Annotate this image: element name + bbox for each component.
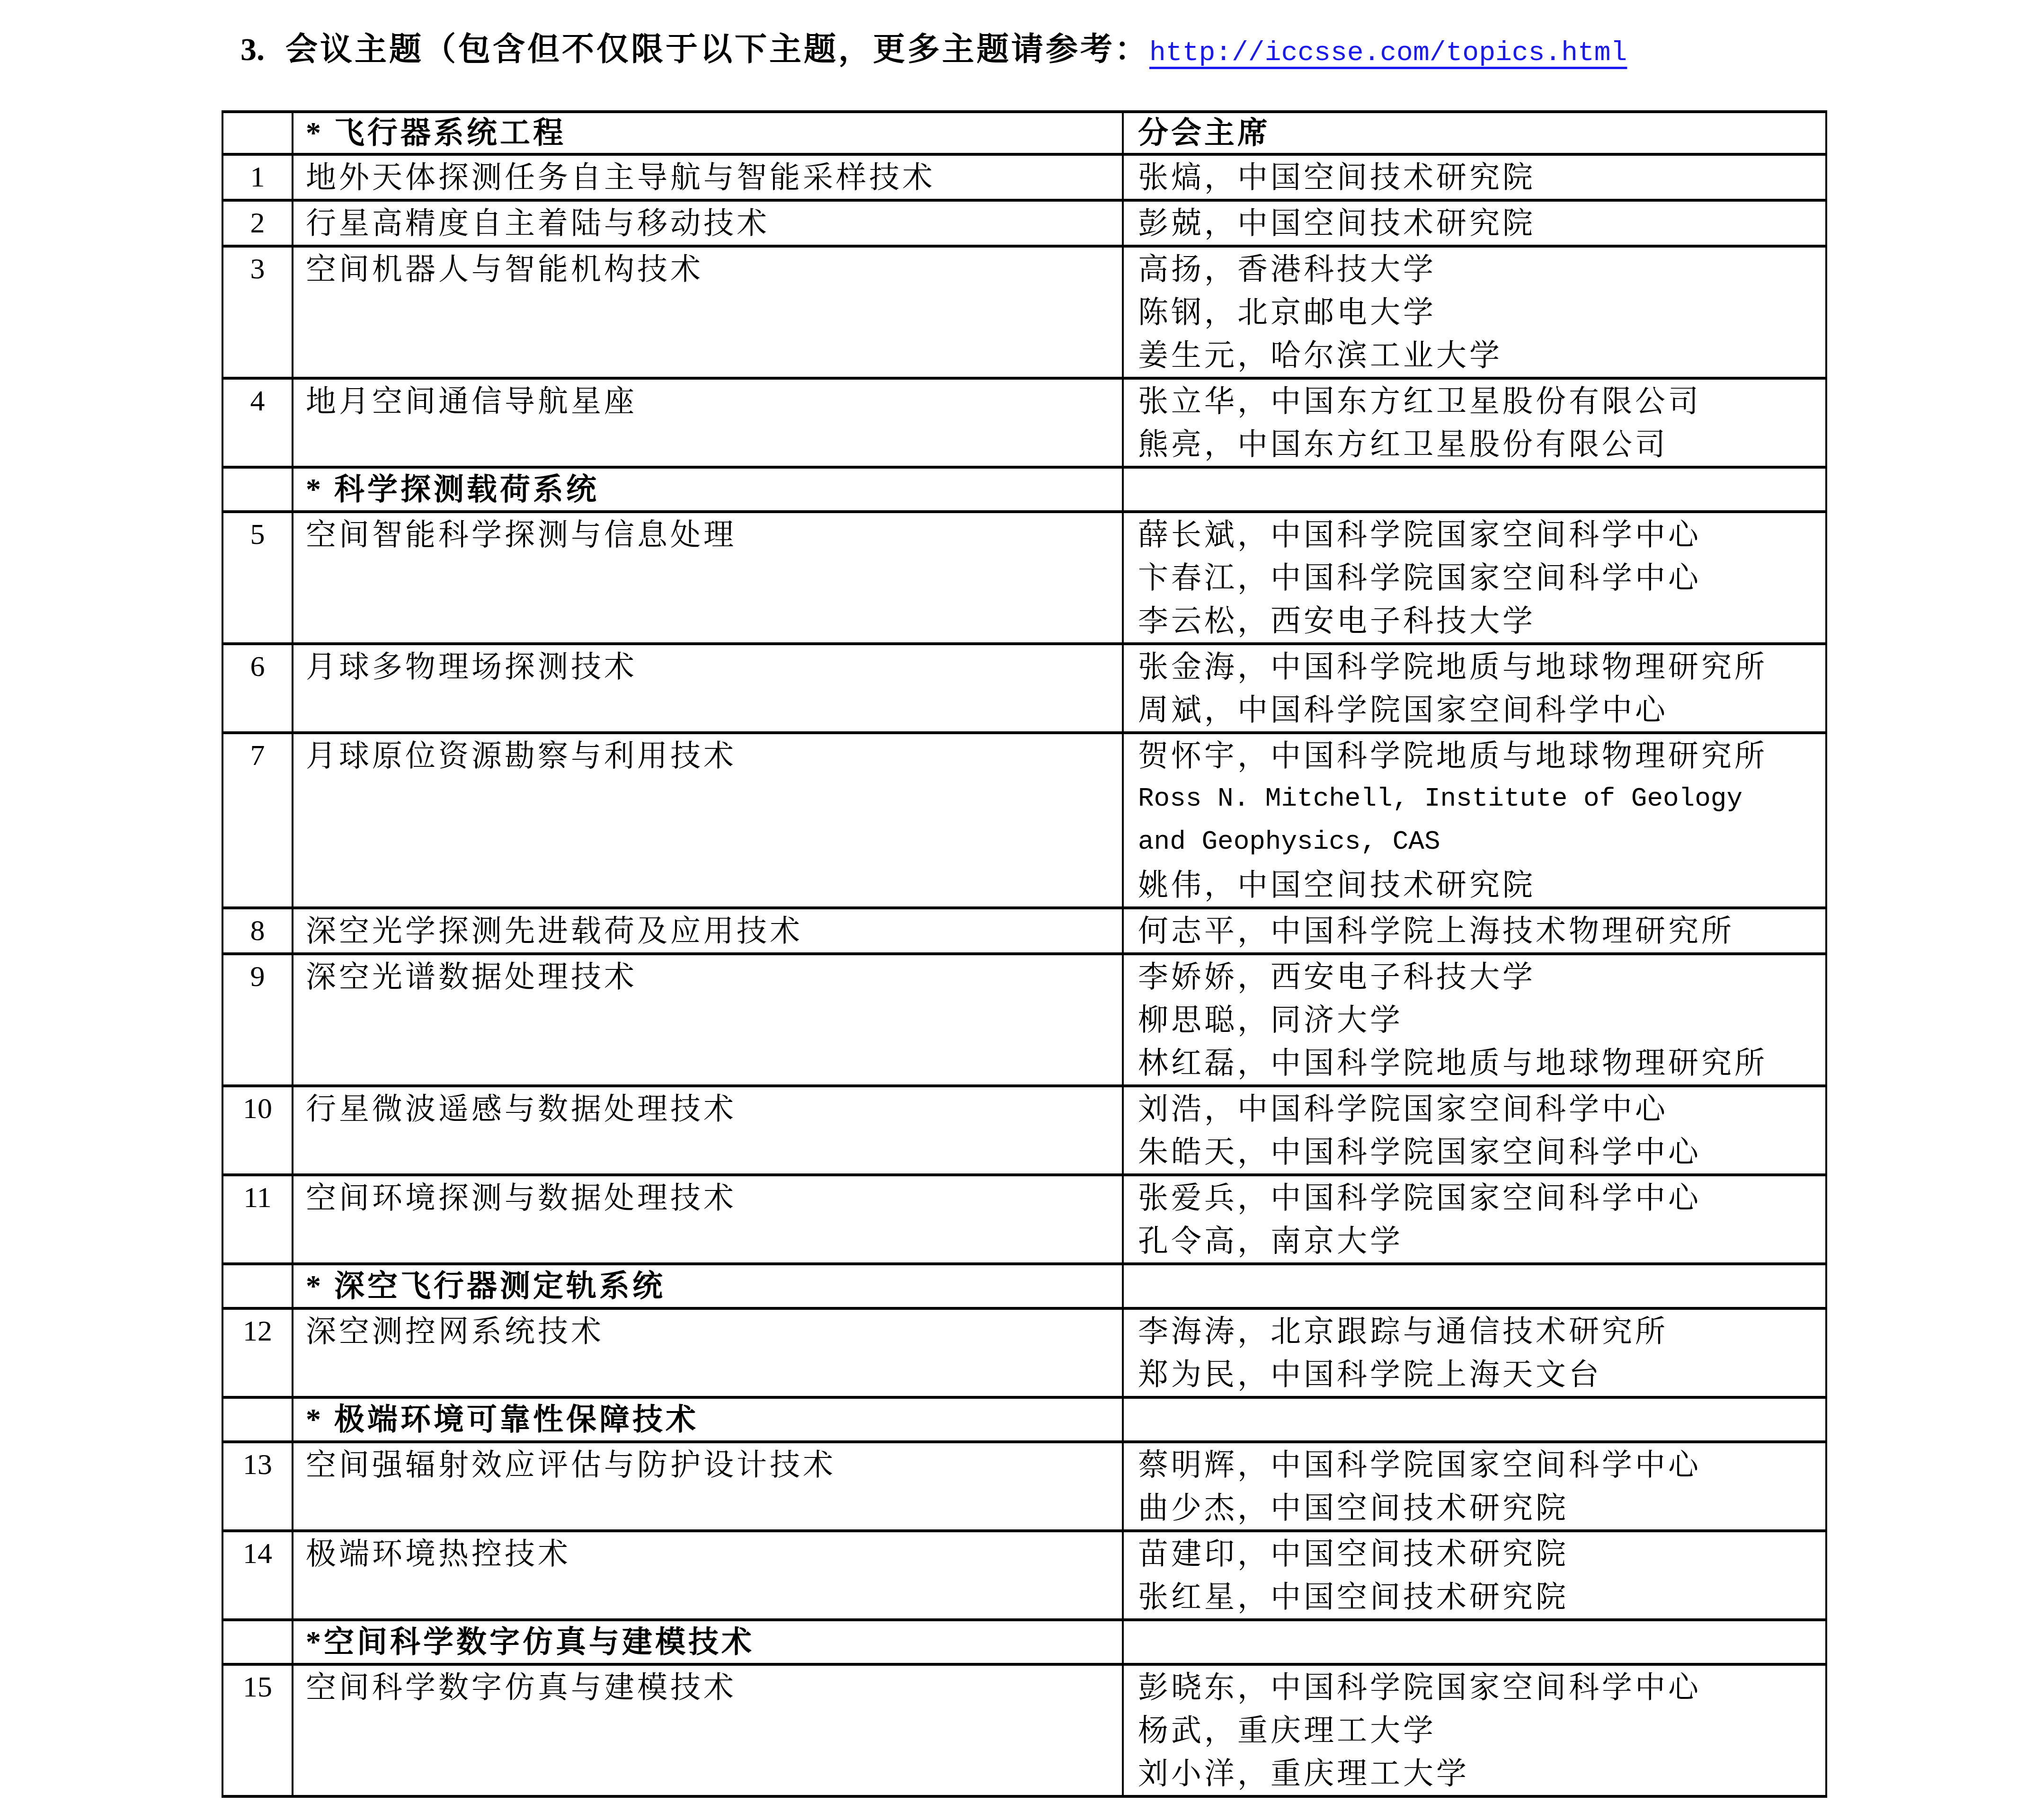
- chair-line: 彭晓东，中国科学院国家空间科学中心: [1138, 1666, 1825, 1709]
- chair-line: 卞春江，中国科学院国家空间科学中心: [1138, 556, 1825, 599]
- section-title-cell: * 科学探测载荷系统: [293, 467, 1123, 512]
- topics-table: * 飞行器系统工程 分会主席 1地外天体探测任务自主导航与智能采样技术张熇，中国…: [222, 110, 1827, 1798]
- topic-row: 13空间强辐射效应评估与防护设计技术蔡明辉，中国科学院国家空间科学中心曲少杰，中…: [222, 1442, 1826, 1531]
- row-number-cell: 6: [222, 644, 293, 733]
- document-page: 3.会议主题（包含但不仅限于以下主题，更多主题请参考：http://iccsse…: [0, 0, 2044, 1798]
- chair-line: 林红磊，中国科学院地质与地球物理研究所: [1138, 1041, 1825, 1084]
- topic-row: 5空间智能科学探测与信息处理薛长斌，中国科学院国家空间科学中心卞春江，中国科学院…: [222, 512, 1826, 644]
- topic-cell: 深空测控网系统技术: [293, 1308, 1123, 1397]
- row-number-cell: 8: [222, 908, 293, 954]
- topic-row: 10行星微波遥感与数据处理技术刘浩，中国科学院国家空间科学中心朱皓天，中国科学院…: [222, 1086, 1826, 1175]
- chair-line: 刘小洋，重庆理工大学: [1138, 1752, 1825, 1795]
- topic-row: 2行星高精度自主着陆与移动技术彭兢，中国空间技术研究院: [222, 200, 1826, 246]
- row-number-cell: [222, 1264, 293, 1308]
- topic-cell: 地外天体探测任务自主导航与智能采样技术: [293, 154, 1123, 200]
- chair-line: 李海涛，北京跟踪与通信技术研究所: [1138, 1310, 1825, 1353]
- topic-row: 1地外天体探测任务自主导航与智能采样技术张熇，中国空间技术研究院: [222, 154, 1826, 200]
- chair-cell: 彭兢，中国空间技术研究院: [1123, 200, 1826, 246]
- chair-line: 李云松，西安电子科技大学: [1138, 599, 1825, 642]
- topic-cell: 月球原位资源勘察与利用技术: [293, 733, 1123, 908]
- row-number-cell: 3: [222, 246, 293, 378]
- chair-cell: 张立华，中国东方红卫星股份有限公司熊亮，中国东方红卫星股份有限公司: [1123, 378, 1826, 467]
- chair-cell: 蔡明辉，中国科学院国家空间科学中心曲少杰，中国空间技术研究院: [1123, 1442, 1826, 1531]
- topics-table-body: * 飞行器系统工程 分会主席 1地外天体探测任务自主导航与智能采样技术张熇，中国…: [222, 112, 1826, 1796]
- topic-row: 8深空光学探测先进载荷及应用技术何志平，中国科学院上海技术物理研究所: [222, 908, 1826, 954]
- chair-line: 张红星，中国空间技术研究院: [1138, 1575, 1825, 1618]
- topic-row: 3空间机器人与智能机构技术高扬，香港科技大学陈钢，北京邮电大学姜生元，哈尔滨工业…: [222, 246, 1826, 378]
- table-header-row: * 飞行器系统工程 分会主席: [222, 112, 1826, 154]
- chair-line: 薛长斌，中国科学院国家空间科学中心: [1138, 513, 1825, 556]
- topic-row: 15空间科学数字仿真与建模技术彭晓东，中国科学院国家空间科学中心杨武，重庆理工大…: [222, 1664, 1826, 1796]
- chair-cell: [1123, 467, 1826, 512]
- chair-line: 郑为民，中国科学院上海天文台: [1138, 1353, 1825, 1396]
- chair-line: 柳思聪，同济大学: [1138, 998, 1825, 1041]
- row-number-cell: 13: [222, 1442, 293, 1531]
- topic-cell: 空间科学数字仿真与建模技术: [293, 1664, 1123, 1796]
- chair-line: 张爱兵，中国科学院国家空间科学中心: [1138, 1176, 1825, 1219]
- topic-row: 11空间环境探测与数据处理技术张爱兵，中国科学院国家空间科学中心孔令高，南京大学: [222, 1175, 1826, 1264]
- chair-line: 李娇娇，西安电子科技大学: [1138, 955, 1825, 998]
- topic-cell: 行星高精度自主着陆与移动技术: [293, 200, 1123, 246]
- topic-row: 4地月空间通信导航星座张立华，中国东方红卫星股份有限公司熊亮，中国东方红卫星股份…: [222, 378, 1826, 467]
- chair-cell: 李海涛，北京跟踪与通信技术研究所郑为民，中国科学院上海天文台: [1123, 1308, 1826, 1397]
- chair-line: 周斌，中国科学院国家空间科学中心: [1138, 688, 1825, 731]
- row-number-cell: 11: [222, 1175, 293, 1264]
- row-number-cell: 2: [222, 200, 293, 246]
- topic-cell: 行星微波遥感与数据处理技术: [293, 1086, 1123, 1175]
- chair-cell: 张爱兵，中国科学院国家空间科学中心孔令高，南京大学: [1123, 1175, 1826, 1264]
- topic-cell: 地月空间通信导航星座: [293, 378, 1123, 467]
- row-number-cell: 7: [222, 733, 293, 908]
- chair-line: 陈钢，北京邮电大学: [1138, 291, 1825, 334]
- chair-line: 曲少杰，中国空间技术研究院: [1138, 1486, 1825, 1529]
- chair-line: 张立华，中国东方红卫星股份有限公司: [1138, 380, 1825, 423]
- chair-line: 贺怀宇，中国科学院地质与地球物理研究所: [1138, 734, 1825, 777]
- chair-line: 蔡明辉，中国科学院国家空间科学中心: [1138, 1443, 1825, 1486]
- section-title-cell: *空间科学数字仿真与建模技术: [293, 1620, 1123, 1664]
- topic-header-cell: * 飞行器系统工程: [293, 112, 1123, 154]
- chair-line: 朱皓天，中国科学院国家空间科学中心: [1138, 1130, 1825, 1173]
- chair-cell: [1123, 1264, 1826, 1308]
- chair-line: 张熇，中国空间技术研究院: [1138, 156, 1825, 199]
- row-number-cell: 10: [222, 1086, 293, 1175]
- topic-cell: 空间强辐射效应评估与防护设计技术: [293, 1442, 1123, 1531]
- section-title-cell: * 极端环境可靠性保障技术: [293, 1397, 1123, 1442]
- row-number-cell: 12: [222, 1308, 293, 1397]
- section-header-row: *空间科学数字仿真与建模技术: [222, 1620, 1826, 1664]
- section-number: 3.: [240, 31, 265, 67]
- topic-row: 12深空测控网系统技术李海涛，北京跟踪与通信技术研究所郑为民，中国科学院上海天文…: [222, 1308, 1826, 1397]
- topic-cell: 极端环境热控技术: [293, 1531, 1123, 1620]
- chair-line: 刘浩，中国科学院国家空间科学中心: [1138, 1087, 1825, 1130]
- topics-link[interactable]: http://iccsse.com/topics.html: [1149, 38, 1627, 69]
- chair-line: 张金海，中国科学院地质与地球物理研究所: [1138, 645, 1825, 688]
- row-number-cell: [222, 1620, 293, 1664]
- row-number-cell: 1: [222, 154, 293, 200]
- row-number-cell: [222, 1397, 293, 1442]
- chair-cell: 张熇，中国空间技术研究院: [1123, 154, 1826, 200]
- topic-cell: 深空光谱数据处理技术: [293, 954, 1123, 1086]
- row-number-cell: [222, 112, 293, 154]
- chair-header-cell: 分会主席: [1123, 112, 1826, 154]
- section-header-row: * 科学探测载荷系统: [222, 467, 1826, 512]
- topic-row: 9深空光谱数据处理技术李娇娇，西安电子科技大学柳思聪，同济大学林红磊，中国科学院…: [222, 954, 1826, 1086]
- topic-cell: 空间智能科学探测与信息处理: [293, 512, 1123, 644]
- topic-cell: 月球多物理场探测技术: [293, 644, 1123, 733]
- row-number-cell: 5: [222, 512, 293, 644]
- chair-cell: 张金海，中国科学院地质与地球物理研究所周斌，中国科学院国家空间科学中心: [1123, 644, 1826, 733]
- row-number-cell: 14: [222, 1531, 293, 1620]
- chair-line: 孔令高，南京大学: [1138, 1219, 1825, 1262]
- topic-cell: 空间环境探测与数据处理技术: [293, 1175, 1123, 1264]
- chair-line: 姜生元，哈尔滨工业大学: [1138, 334, 1825, 377]
- topic-row: 7月球原位资源勘察与利用技术贺怀宇，中国科学院地质与地球物理研究所Ross N.…: [222, 733, 1826, 908]
- chair-line: and Geophysics, CAS: [1138, 820, 1825, 863]
- chair-cell: 彭晓东，中国科学院国家空间科学中心杨武，重庆理工大学刘小洋，重庆理工大学: [1123, 1664, 1826, 1796]
- chair-line: 苗建印，中国空间技术研究院: [1138, 1532, 1825, 1575]
- section-header-row: * 深空飞行器测定轨系统: [222, 1264, 1826, 1308]
- chair-line: 高扬，香港科技大学: [1138, 248, 1825, 291]
- chair-cell: 何志平，中国科学院上海技术物理研究所: [1123, 908, 1826, 954]
- chair-cell: 刘浩，中国科学院国家空间科学中心朱皓天，中国科学院国家空间科学中心: [1123, 1086, 1826, 1175]
- row-number-cell: 15: [222, 1664, 293, 1796]
- row-number-cell: [222, 467, 293, 512]
- chair-cell: 苗建印，中国空间技术研究院张红星，中国空间技术研究院: [1123, 1531, 1826, 1620]
- chair-line: 杨武，重庆理工大学: [1138, 1709, 1825, 1752]
- chair-line: 熊亮，中国东方红卫星股份有限公司: [1138, 423, 1825, 466]
- row-number-cell: 9: [222, 954, 293, 1086]
- page-title: 3.会议主题（包含但不仅限于以下主题，更多主题请参考：http://iccsse…: [240, 24, 2044, 70]
- chair-line: 彭兢，中国空间技术研究院: [1138, 202, 1825, 245]
- chair-line: 姚伟，中国空间技术研究院: [1138, 863, 1825, 906]
- section-title-cell: * 深空飞行器测定轨系统: [293, 1264, 1123, 1308]
- topic-row: 14极端环境热控技术苗建印，中国空间技术研究院张红星，中国空间技术研究院: [222, 1531, 1826, 1620]
- section-title-text: 会议主题（包含但不仅限于以下主题，更多主题请参考：: [285, 31, 1149, 67]
- topic-row: 6月球多物理场探测技术张金海，中国科学院地质与地球物理研究所周斌，中国科学院国家…: [222, 644, 1826, 733]
- chair-cell: 高扬，香港科技大学陈钢，北京邮电大学姜生元，哈尔滨工业大学: [1123, 246, 1826, 378]
- section-header-row: * 极端环境可靠性保障技术: [222, 1397, 1826, 1442]
- chair-line: 何志平，中国科学院上海技术物理研究所: [1138, 909, 1825, 952]
- chair-cell: 薛长斌，中国科学院国家空间科学中心卞春江，中国科学院国家空间科学中心李云松，西安…: [1123, 512, 1826, 644]
- chair-cell: [1123, 1397, 1826, 1442]
- chair-cell: [1123, 1620, 1826, 1664]
- row-number-cell: 4: [222, 378, 293, 467]
- chair-cell: 李娇娇，西安电子科技大学柳思聪，同济大学林红磊，中国科学院地质与地球物理研究所: [1123, 954, 1826, 1086]
- chair-cell: 贺怀宇，中国科学院地质与地球物理研究所Ross N. Mitchell, Ins…: [1123, 733, 1826, 908]
- topic-cell: 深空光学探测先进载荷及应用技术: [293, 908, 1123, 954]
- chair-line: Ross N. Mitchell, Institute of Geology: [1138, 777, 1825, 820]
- topic-cell: 空间机器人与智能机构技术: [293, 246, 1123, 378]
